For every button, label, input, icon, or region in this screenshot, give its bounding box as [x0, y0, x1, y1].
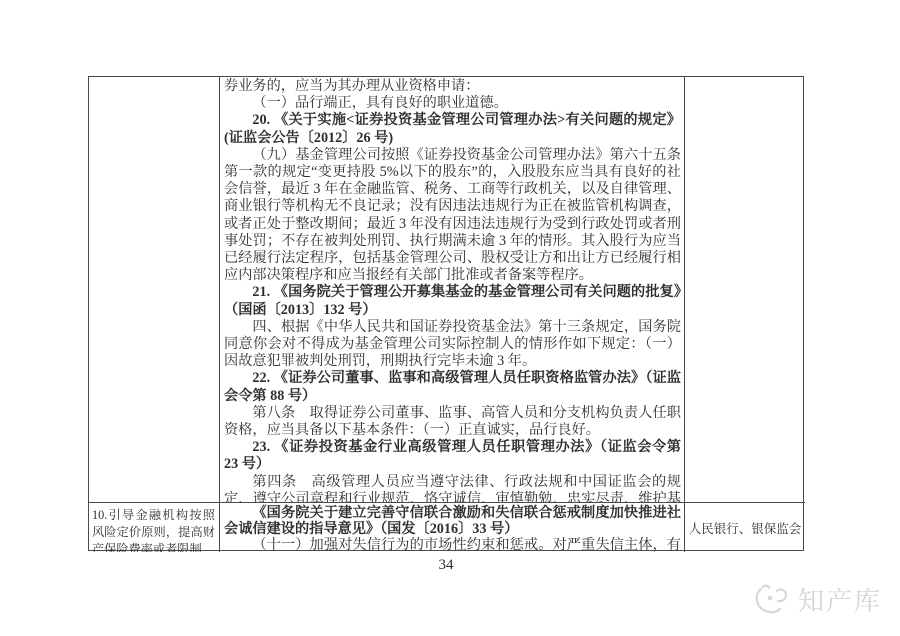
page-number: 34 [0, 557, 892, 574]
basis-paragraph: 券业务的，应当为其办理从业资格申请： [224, 78, 681, 95]
zhichanku-logo-icon [753, 583, 793, 617]
watermark-label: 知产库 [798, 581, 882, 618]
regulation-heading-22: 22. 《证券公司董事、监事和高级管理人员任职资格监管办法》（证监会令第 88 … [224, 370, 681, 404]
zhichanku-watermark: 知产库 [753, 581, 882, 618]
basis-paragraph: 第四条 高级管理人员应当遵守法律、行政法规和中国证监会的规定，遵守公司章程和行业… [224, 474, 681, 502]
regulation-heading-20: 20. 《关于实施<证券投资基金管理公司管理办法>有关问题的规定》(证监会公告〔… [224, 112, 681, 146]
legal-basis-cell: 券业务的，应当为其办理从业资格申请： （一）品行端正，具有良好的职业道德。 20… [219, 77, 684, 502]
agency-cell: 人民银行、银保监会 [684, 502, 805, 552]
basis-paragraph: 四、根据《中华人民共和国证券投资基金法》第十三条规定，国务院同意你会对不得成为基… [224, 319, 681, 371]
measure-cell-10: 10.引导金融机构按照风险定价原则，提高财产保险费率或者限制 [89, 502, 219, 552]
basis-paragraph: （一）品行端正，具有良好的职业道德。 [224, 95, 681, 112]
basis-paragraph: 第八条 取得证券公司董事、监事、高管人员和分支机构负责人任职资格，应当具备以下基… [224, 405, 681, 439]
regulation-heading-guofa-2016-33: 《国务院关于建立完善守信联合激励和失信联合惩戒制度加快推进社会诚信建设的指导意见… [224, 505, 681, 537]
basis-paragraph: （九）基金管理公司按照《证券投资基金公司管理办法》第六十五条第一款的规定“变更持… [224, 147, 681, 285]
legal-basis-cell: 《国务院关于建立完善守信联合激励和失信联合惩戒制度加快推进社会诚信建设的指导意见… [219, 502, 684, 552]
measure-cell-empty [89, 77, 219, 502]
basis-paragraph: （十一）加强对失信行为的市场性约束和惩戒。对严重失信主体，有关部门 [224, 537, 681, 552]
regulation-heading-21: 21. 《国务院关于管理公开募集基金的基金管理公司有关问题的批复》（国函〔201… [224, 284, 681, 318]
regulations-table: 券业务的，应当为其办理从业资格申请： （一）品行端正，具有良好的职业道德。 20… [88, 76, 804, 551]
agency-cell-empty [684, 77, 805, 502]
regulation-heading-23: 23. 《证券投资基金行业高级管理人员任职管理办法》（证监会令第 23 号） [224, 439, 681, 473]
scanned-document-page: { "document": { "page_number": "34", "wa… [0, 0, 900, 636]
